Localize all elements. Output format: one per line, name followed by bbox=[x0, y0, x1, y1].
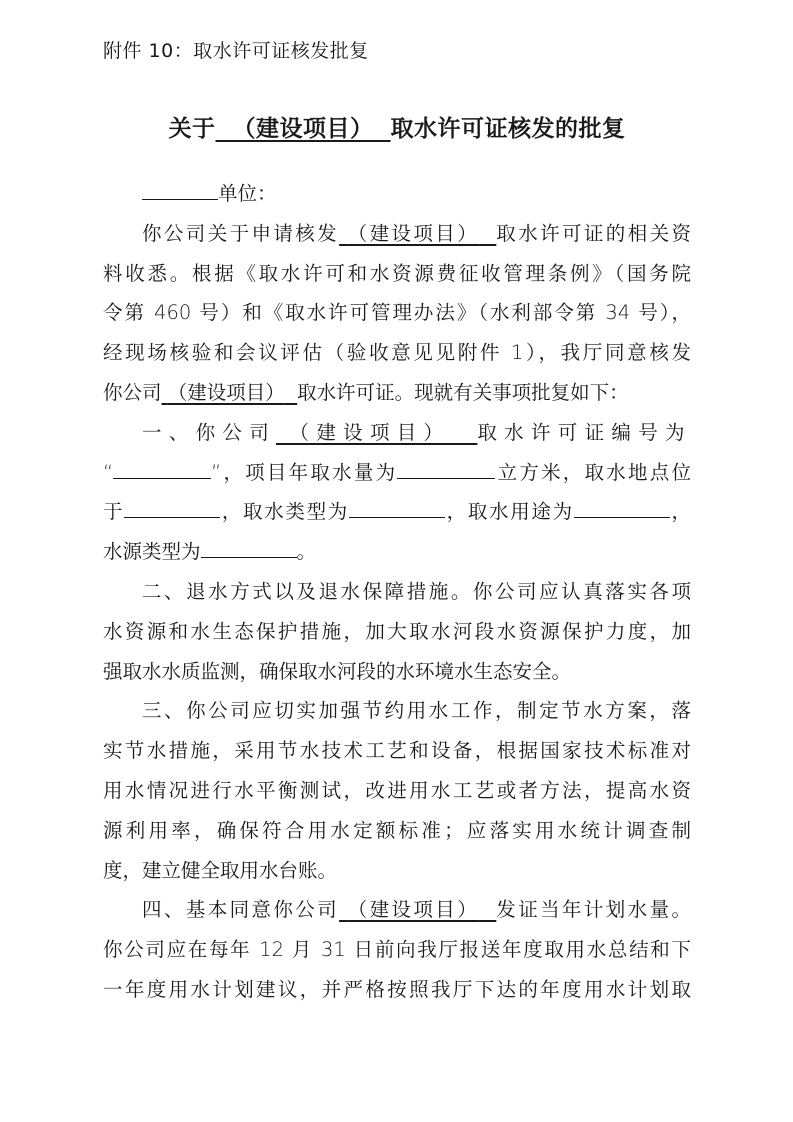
item4-line-1: 四、基本同意你公司 （建设项目） 发证当年计划水量。 bbox=[103, 890, 691, 930]
title-suffix: 取水许可证核发的批复 bbox=[391, 116, 626, 142]
intake-type-blank bbox=[349, 497, 445, 518]
item-3-paragraph: 三、你公司应切实加强节约用水工作，制定节水方案，落 实节水措施，采用节水技术工艺… bbox=[103, 691, 691, 890]
item-4-paragraph: 四、基本同意你公司 （建设项目） 发证当年计划水量。 你公司应在每年 12 月 … bbox=[103, 890, 691, 1009]
water-use-blank bbox=[574, 497, 670, 518]
title-prefix: 关于 bbox=[168, 116, 215, 142]
title-project-placeholder: （建设项目） bbox=[215, 116, 390, 142]
item3-line-3: 用水情况进行水平衡测试，改进用水工艺或者方法，提高水资 bbox=[103, 771, 691, 811]
item1-line-1: 一、你公司 （建设项目） 取水许可证编号为 bbox=[103, 413, 691, 453]
item3-line-1: 三、你公司应切实加强节约用水工作，制定节水方案，落 bbox=[103, 691, 691, 731]
item3-line-2: 实节水措施，采用节水技术工艺和设备，根据国家技术标准对 bbox=[103, 731, 691, 771]
item4-line-2: 你公司应在每年 12 月 31 日前向我厅报送年度取用水总结和下 bbox=[103, 930, 691, 970]
intro-line-3: 令第 460 号）和《取水许可管理办法》（水利部令第 34 号）， bbox=[103, 293, 691, 333]
intro-paragraph: 你公司关于申请核发 （建设项目） 取水许可证的相关资 料收悉。根据《取水许可和水… bbox=[103, 214, 691, 413]
document-body: 单位： 你公司关于申请核发 （建设项目） 取水许可证的相关资 料收悉。根据《取水… bbox=[103, 174, 691, 1010]
item3-line-4: 源利用率，确保符合用水定额标准；应落实用水统计调查制 bbox=[103, 811, 691, 851]
item-2-paragraph: 二、退水方式以及退水保障措施。你公司应认真落实各项 水资源和水生态保护措施，加大… bbox=[103, 572, 691, 691]
intake-location-blank bbox=[124, 497, 220, 518]
intro-line-5: 你公司 （建设项目） 取水许可证。现就有关事项批复如下： bbox=[103, 373, 691, 413]
project-placeholder: （建设项目） bbox=[276, 421, 477, 444]
intro-line-2: 料收悉。根据《取水许可和水资源费征收管理条例》（国务院 bbox=[103, 254, 691, 294]
item2-line-3: 强取水水质监测，确保取水河段的水环境水生态安全。 bbox=[103, 652, 691, 692]
permit-number-blank bbox=[113, 457, 211, 478]
project-placeholder: （建设项目） bbox=[339, 898, 496, 921]
attachment-label: 附件 10：取水许可证核发批复 bbox=[103, 36, 369, 63]
recipient-blank bbox=[142, 179, 218, 200]
salutation: 单位： bbox=[103, 174, 691, 214]
intro-line-4: 经现场核验和会议评估（验收意见见附件 1），我厅同意核发 bbox=[103, 333, 691, 373]
intro-line-1: 你公司关于申请核发 （建设项目） 取水许可证的相关资 bbox=[103, 214, 691, 254]
item4-line-3: 一年度用水计划建议，并严格按照我厅下达的年度用水计划取 bbox=[103, 970, 691, 1010]
item1-line-4: 水源类型为。 bbox=[103, 532, 691, 572]
salutation-suffix: 单位： bbox=[218, 182, 277, 205]
document-title: 关于 （建设项目） 取水许可证核发的批复 bbox=[103, 110, 691, 143]
annual-water-volume-blank bbox=[397, 457, 495, 478]
item-1-paragraph: 一、你公司 （建设项目） 取水许可证编号为 “”，项目年取水量为立方米，取水地点… bbox=[103, 413, 691, 572]
project-placeholder: （建设项目） bbox=[162, 381, 298, 404]
item1-line-2: “”，项目年取水量为立方米，取水地点位 bbox=[103, 453, 691, 493]
item2-line-2: 水资源和水生态保护措施，加大取水河段水资源保护力度，加 bbox=[103, 612, 691, 652]
item2-line-1: 二、退水方式以及退水保障措施。你公司应认真落实各项 bbox=[103, 572, 691, 612]
item1-line-3: 于，取水类型为，取水用途为， bbox=[103, 492, 691, 532]
water-source-type-blank bbox=[201, 537, 297, 558]
project-placeholder: （建设项目） bbox=[339, 222, 496, 245]
item3-line-5: 度，建立健全取用水台账。 bbox=[103, 851, 691, 891]
